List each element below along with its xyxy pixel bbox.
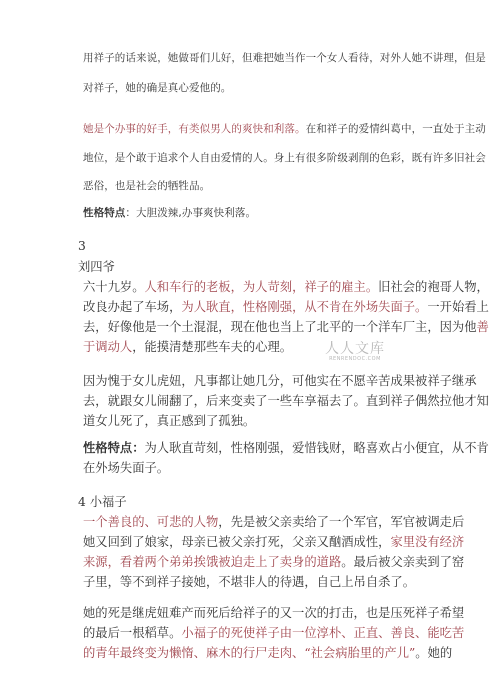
paragraph-line: 的青年最终变为懒惰、麻木的行尸走肉、“社会病胎里的产儿”。她的 [83, 643, 452, 661]
paragraph-line: 恶俗，也是社会的牺牲品。 [83, 178, 210, 193]
traits-line: 性格特点：大胆泼辣,办事爽快利落。 [83, 205, 256, 220]
traits-label: 性格特点： [83, 440, 145, 455]
paragraph-line: 一个善良的、可悲的人物，先是被父亲卖给了一个军官，军官被调走后 [83, 512, 464, 530]
paragraph-line: 改良办起了车场，为人耿直，性格刚强，从不肯在外场失面子。一开始看上 [83, 297, 489, 315]
text: 的最后一根稻草。 [83, 626, 181, 640]
highlight-text: 的青年最终变为懒惰、麻木的行尸走肉、“社会病胎里的产儿” [83, 646, 415, 660]
paragraph-line: 来源，看着两个弟弟挨饿被迫走上了卖身的道路。最后被父亲卖到了窑 [83, 552, 464, 570]
paragraph-line: 因为愧于女儿虎妞，凡事都让她几分，可他实在不愿辛苦成果被祥子继承 [83, 371, 477, 389]
text: ，能摸清楚那些车夫的心理。 [132, 340, 292, 354]
paragraph-line: 于调动人，能摸清楚那些车夫的心理。 [83, 337, 292, 355]
traits-text: ：大胆泼辣,办事爽快利落。 [125, 207, 256, 219]
text: 一开始看上 [427, 300, 489, 314]
paragraph-line: 的最后一根稻草。小福子的死使祥子由一位淳朴、正直、善良、能吃苦 [83, 623, 464, 641]
paragraph-line: 子里，等不到祥子接她，不堪非人的待遇，自己上吊自杀了。 [83, 572, 415, 590]
text: 去，好像他是一个土混混，现在他也当上了北平的一个洋车厂主，因为他 [83, 320, 477, 334]
paragraph-line: 她又回到了娘家，母亲已被父亲打死，父亲又酗酒成性，家里没有经济 [83, 532, 464, 550]
paragraph-line: 对祥子，她的确是真心爱他的。 [83, 80, 231, 95]
highlight-text: 可悲的人物 [157, 515, 219, 529]
text: 。最后被父亲卖到了窑 [341, 555, 464, 569]
watermark: 人人文库 RENRENDOC.COM [325, 342, 385, 362]
traits-line: 性格特点：为人耿直苛刻，性格刚强，爱惜钱财，略喜欢占小便宜，从不肯 [83, 438, 489, 456]
paragraph-line: 去，就跟女儿闹翻了，后来变卖了一些车享福去了。直到祥子偶然拉他才知 [83, 391, 489, 409]
highlight-text: 善 [477, 320, 489, 334]
traits-text: 为人耿直苛刻，性格刚强，爱惜钱财，略喜欢占小便宜，从不肯 [145, 441, 489, 455]
section-title: 刘四爷 [78, 257, 115, 275]
highlight-text: 家里没有经济 [390, 535, 464, 549]
traits-label: 性格特点 [83, 207, 125, 219]
paragraph-line: 用祥子的话来说，她做哥们儿好，但难把她当作一个女人看待，对外人她不讲理，但是 [83, 50, 486, 65]
section-number: 3 [78, 239, 86, 253]
document-page: 用祥子的话来说，她做哥们儿好，但难把她当作一个女人看待，对外人她不讲理，但是 对… [0, 0, 500, 674]
watermark-url: RENRENDOC.COM [325, 356, 385, 362]
paragraph-line: 道女儿死了，真正感到了孤独。 [83, 411, 255, 429]
text: 。她的 [415, 646, 452, 660]
section-title: 4 小福子 [78, 492, 127, 510]
paragraph-line: 她是个办事的好手，有类似男人的爽快和利落。在和祥子的爱情纠葛中，一直处于主动 [83, 121, 486, 136]
highlight-text: 她是个办事的好手，有类似男人的爽快和利落。 [83, 123, 306, 135]
highlight-text: 于调动人 [83, 340, 132, 354]
paragraph-line: 在外场失面子。 [83, 458, 169, 476]
text: 改良办起了车场， [83, 300, 181, 314]
paragraph-line: 地位，是个敢于追求个人自由爱情的人。身上有很多阶级剥削的色彩，既有许多旧社会 [83, 150, 486, 165]
highlight-text: 小福子的死使祥子由一位淳朴、正直、善良、能吃苦 [181, 626, 464, 640]
text: 六十九岁。 [83, 280, 145, 294]
text: ，先是被父亲卖给了一个军官，军官被调走后 [218, 515, 464, 529]
highlight-text: 为人耿直，性格刚强，从不肯在外场失面子。 [181, 300, 427, 314]
highlight-text: 一个善良的、 [83, 515, 157, 529]
paragraph-line: 她的死是继虎妞难产而死后给祥子的又一次的打击，也是压死祥子希望 [83, 603, 464, 621]
paragraph-line: 六十九岁。人和车行的老板，为人苛刻，祥子的雇主。旧社会的袍哥人物， [83, 277, 489, 295]
text: 旧社会的袍哥人物， [378, 280, 489, 294]
text: 在和祥子的爱情纠葛中，一直处于主动 [306, 123, 486, 135]
highlight-text: 人和车行的老板，为人苛刻，祥子的雇主。 [145, 280, 379, 294]
text: 她又回到了娘家，母亲已被父亲打死，父亲又酗酒成性， [83, 535, 390, 549]
paragraph-line: 去，好像他是一个土混混，现在他也当上了北平的一个洋车厂主，因为他善 [83, 317, 489, 335]
highlight-text: 来源，看着两个弟弟挨饿被迫走上了卖身的道路 [83, 555, 341, 569]
watermark-logo: 人人文库 [325, 342, 385, 356]
